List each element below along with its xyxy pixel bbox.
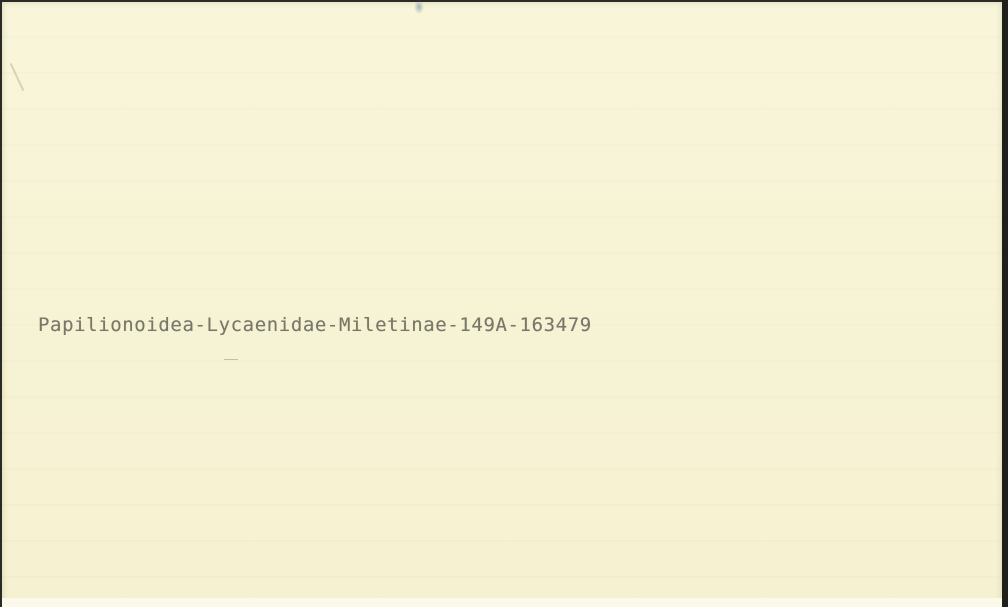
index-card: Papilionoidea-Lycaenidae-Miletinae-149A-… [2,2,1002,604]
ink-smudge [414,0,424,14]
scan-border [1002,0,1008,607]
card-bottom-edge [2,598,1002,607]
paper-scratch-mark [10,63,24,91]
paper-dash-mark [224,359,238,360]
taxonomy-label: Papilionoidea-Lycaenidae-Miletinae-149A-… [38,314,592,336]
